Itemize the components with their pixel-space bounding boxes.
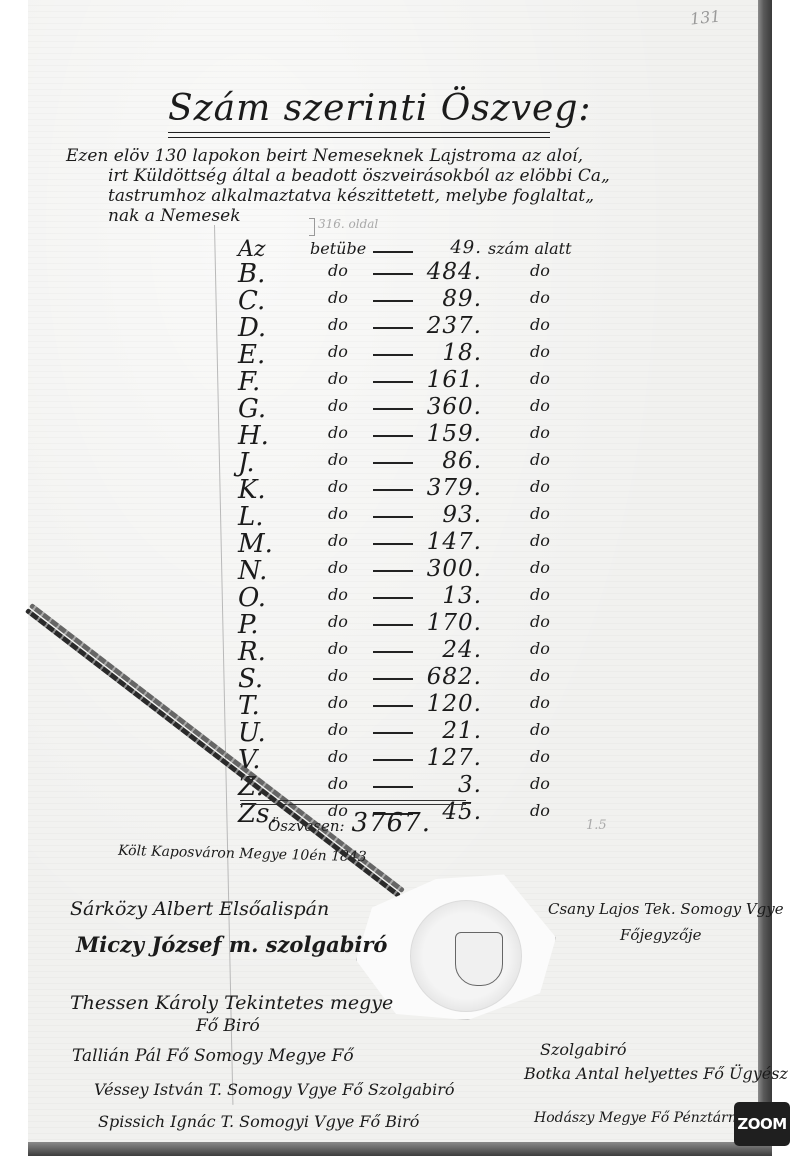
ditto-mark: do — [530, 288, 550, 307]
ditto-mark: do — [530, 666, 550, 685]
row-count: 300. — [412, 556, 482, 582]
row-letter: N. — [238, 556, 278, 586]
table-row: K.do379.do — [230, 475, 610, 502]
dash-rule — [373, 381, 413, 383]
row-count: 120. — [412, 691, 482, 717]
dash-rule — [373, 327, 413, 329]
dash-rule — [373, 570, 413, 572]
intro-line: tastrumhoz alkalmaztatva készittetett, m… — [66, 186, 586, 206]
intro-paragraph: Ezen elöv 130 lapokon beirt Nemeseknek L… — [66, 146, 586, 226]
signature: Fő Biró — [196, 1016, 260, 1036]
row-letter: F. — [238, 367, 278, 397]
ditto-mark: do — [328, 720, 348, 739]
dash-rule — [373, 786, 413, 788]
dash-rule — [373, 516, 413, 518]
intro-line: Ezen elöv 130 lapokon beirt Nemeseknek L… — [66, 146, 586, 166]
signature: Spissich Ignác T. Somogyi Vgye Fő Biró — [98, 1112, 419, 1131]
signature: Botka Antal helyettes Fő Ügyész — [524, 1064, 788, 1083]
pencil-annotation: 316. oldal — [318, 217, 378, 231]
row-count: 682. — [412, 664, 482, 690]
signature: Szolgabiró — [540, 1040, 627, 1059]
ditto-mark: do — [530, 801, 550, 820]
table-row: N.do300.do — [230, 556, 610, 583]
row-count: 379. — [412, 475, 482, 501]
ditto-mark: do — [530, 261, 550, 280]
table-row: D.do237.do — [230, 313, 610, 340]
ditto-mark: do — [328, 585, 348, 604]
dash-rule — [373, 462, 413, 464]
ditto-mark: do — [328, 747, 348, 766]
ditto-mark: do — [328, 396, 348, 415]
signature: Miczy József m. szolgabiró — [76, 932, 387, 957]
table-row: T.do120.do — [230, 691, 610, 718]
ditto-mark: do — [530, 423, 550, 442]
ditto-mark: do — [530, 504, 550, 523]
row-letter: E. — [238, 340, 278, 370]
ditto-mark: do — [530, 612, 550, 631]
dash-rule — [373, 678, 413, 680]
intro-line: irt Küldöttség által a beadott öszveirás… — [66, 166, 586, 186]
ditto-mark: do — [328, 261, 348, 280]
row-count: 18. — [412, 340, 482, 366]
row-count: 21. — [412, 718, 482, 744]
ditto-mark: do — [328, 558, 348, 577]
page-title: Szám szerinti Öszveg: — [168, 88, 592, 129]
ditto-mark: do — [328, 693, 348, 712]
row-letter: T. — [238, 691, 278, 721]
ditto-mark: do — [328, 612, 348, 631]
ditto-mark: do — [328, 423, 348, 442]
table-row: C.do89.do — [230, 286, 610, 313]
table-row: E.do18.do — [230, 340, 610, 367]
ditto-mark: do — [530, 693, 550, 712]
row-count: 93. — [412, 502, 482, 528]
table-row: G.do360.do — [230, 394, 610, 421]
ditto-mark: do — [530, 639, 550, 658]
dash-rule — [373, 705, 413, 707]
table-row: O.do13.do — [230, 583, 610, 610]
total-value: 3767. — [352, 808, 431, 838]
ditto-mark: do — [328, 369, 348, 388]
row-count: 24. — [412, 637, 482, 663]
row-count: 3. — [412, 772, 482, 798]
ditto-mark: do — [328, 666, 348, 685]
row-count: 237. — [412, 313, 482, 339]
table-row: P.do170.do — [230, 610, 610, 637]
row-count: 127. — [412, 745, 482, 771]
seal-shield-icon — [455, 932, 503, 986]
table-row: M.do147.do — [230, 529, 610, 556]
pencil-bracket — [309, 218, 315, 236]
table-row: V.do127.do — [230, 745, 610, 772]
dash-rule — [373, 597, 413, 599]
row-count: 484. — [412, 259, 482, 285]
dash-rule — [373, 651, 413, 653]
dash-rule — [373, 624, 413, 626]
page-edge — [758, 0, 772, 1156]
row-letter: B. — [238, 259, 278, 289]
row-letter: P. — [238, 610, 278, 640]
dash-rule — [373, 489, 413, 491]
ditto-mark: do — [530, 477, 550, 496]
ditto-mark: do — [530, 450, 550, 469]
title-underline — [168, 132, 550, 138]
row-count: 147. — [412, 529, 482, 555]
row-count: 360. — [412, 394, 482, 420]
row-letter: L. — [238, 502, 278, 532]
row-letter: C. — [238, 286, 278, 316]
ditto-mark: do — [530, 720, 550, 739]
ditto-mark: do — [530, 774, 550, 793]
ditto-mark: do — [530, 315, 550, 334]
row-count: 86. — [412, 448, 482, 474]
row-count: 161. — [412, 367, 482, 393]
dash-rule — [373, 543, 413, 545]
ditto-mark: do — [328, 477, 348, 496]
ditto-mark: do — [328, 531, 348, 550]
signature: Véssey István T. Somogy Vgye Fő Szolgabi… — [94, 1080, 455, 1099]
row-count: 159. — [412, 421, 482, 447]
signature: Hodászy Megye Fő Pénztárnok — [534, 1110, 754, 1126]
table-row: F.do161.do — [230, 367, 610, 394]
signature: Csany Lajos Tek. Somogy Vgye — [548, 900, 784, 918]
dash-rule — [373, 732, 413, 734]
ditto-mark: do — [530, 531, 550, 550]
table-row: Z.do3.do — [230, 772, 610, 799]
row-letter: G. — [238, 394, 278, 424]
header-szam-alatt: szám alatt — [488, 239, 572, 258]
dash-rule — [373, 273, 413, 275]
table-header: Az betübe 49. szám alatt — [230, 237, 610, 259]
ditto-mark: do — [328, 504, 348, 523]
table-row: S.do682.do — [230, 664, 610, 691]
ditto-mark: do — [530, 396, 550, 415]
row-letter: U. — [238, 718, 278, 748]
dash-rule — [373, 300, 413, 302]
signature: Sárközy Albert Elsőalispán — [70, 898, 329, 920]
ditto-mark: do — [328, 450, 348, 469]
folio-number: 131 — [689, 6, 721, 28]
row-count: 170. — [412, 610, 482, 636]
dash-rule — [373, 759, 413, 761]
table-row: U.do21.do — [230, 718, 610, 745]
row-letter: S. — [238, 664, 278, 694]
table-row: H.do159.do — [230, 421, 610, 448]
ditto-mark: do — [530, 585, 550, 604]
header-betube: betübe — [310, 239, 366, 258]
table-row: B.do484.do — [230, 259, 610, 286]
dash-rule — [373, 251, 413, 253]
row-letter: K. — [238, 475, 278, 505]
page-bottom-edge — [28, 1142, 772, 1156]
margin-pencil-mark: 1.5 — [586, 818, 607, 833]
dash-rule — [373, 354, 413, 356]
ditto-mark: do — [530, 558, 550, 577]
dash-rule — [373, 435, 413, 437]
row-letter: R. — [238, 637, 278, 667]
table-row: J.do86.do — [230, 448, 610, 475]
tally-table: Az betübe 49. szám alatt B.do484.doC.do8… — [230, 237, 610, 826]
ditto-mark: do — [328, 288, 348, 307]
signature: Főjegyzője — [620, 926, 702, 944]
table-row: R.do24.do — [230, 637, 610, 664]
row-count: 89. — [412, 286, 482, 312]
ditto-mark: do — [530, 369, 550, 388]
ditto-mark: do — [328, 342, 348, 361]
row-letter: O. — [238, 583, 278, 613]
row-letter: H. — [238, 421, 278, 451]
ditto-mark: do — [530, 342, 550, 361]
zoom-watermark-logo: ZOOM — [734, 1102, 790, 1146]
ditto-mark: do — [328, 639, 348, 658]
row-letter: D. — [238, 313, 278, 343]
row-letter: J. — [238, 448, 278, 478]
ditto-mark: do — [328, 315, 348, 334]
dash-rule — [373, 408, 413, 410]
table-row: L.do93.do — [230, 502, 610, 529]
header-number: 49. — [412, 237, 482, 258]
signature: Tallián Pál Fő Somogy Megye Fő — [72, 1046, 354, 1066]
row-count: 13. — [412, 583, 482, 609]
ditto-mark: do — [328, 774, 348, 793]
row-letter: M. — [238, 529, 278, 559]
ditto-mark: do — [530, 747, 550, 766]
signature: Thessen Károly Tekintetes megye — [70, 992, 393, 1014]
